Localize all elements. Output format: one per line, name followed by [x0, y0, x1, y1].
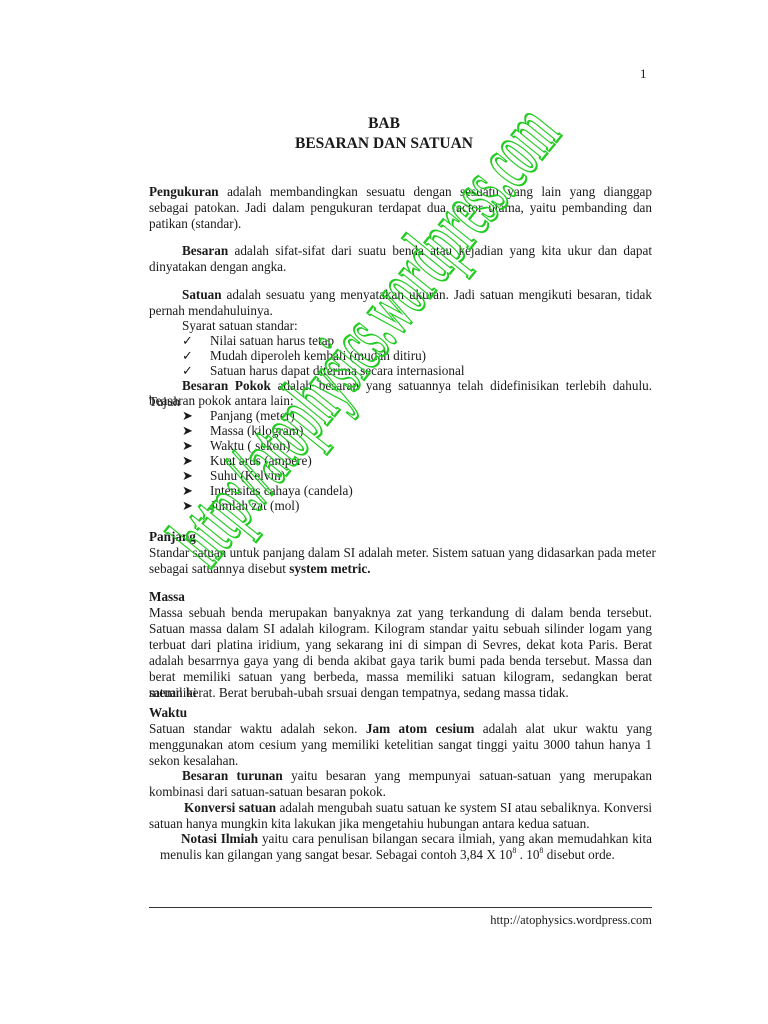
text: kombinasi dari satuan-satuan besaran pok… [149, 784, 386, 800]
list-item: ✓Nilai satuan harus tetap [182, 333, 334, 349]
text: terbuat dari platina iridium, yang sekar… [149, 637, 652, 653]
list-item: ➤Waktu ( sekon) [182, 438, 290, 454]
list-item-label: Jumlah zat (mol) [210, 498, 299, 513]
footer-divider [149, 907, 652, 908]
section-heading: Waktu [149, 705, 187, 721]
list-item-label: Massa (kilogram) [210, 423, 303, 438]
list-item: ➤Kuat arus (ampere) [182, 453, 312, 469]
list-item: ✓Satuan harus dapat diterima secara inte… [182, 363, 465, 379]
arrow-bullet-icon: ➤ [182, 453, 210, 469]
term-pengukuran: Pengukuran [149, 184, 219, 199]
arrow-bullet-icon: ➤ [182, 498, 210, 514]
check-icon: ✓ [182, 363, 210, 379]
check-icon: ✓ [182, 348, 210, 364]
page-number: 1 [640, 66, 647, 82]
list-item: ➤Panjang (meter) [182, 408, 295, 424]
text: patikan (standar). [149, 216, 241, 232]
list-item-label: Suhu (Kelvin) [210, 468, 285, 483]
text: pernah mendahuluinya. [149, 303, 273, 319]
text: Massa sebuah benda merupakan banyaknya z… [149, 605, 652, 621]
text: adalah besarrnya gaya yang di benda akib… [149, 653, 652, 669]
term-besaran: Besaran [182, 243, 228, 258]
footer-url: http://atophysics.wordpress.com [149, 913, 652, 928]
arrow-bullet-icon: ➤ [182, 438, 210, 454]
text: dinyatakan dengan angka. [149, 259, 286, 275]
term-system-metric: system metric. [289, 561, 370, 576]
term-satuan: Satuan [182, 287, 222, 302]
list-item: ➤Jumlah zat (mol) [182, 498, 299, 514]
watermark: http://atophysics.wordpress.com [0, 0, 768, 1024]
list-item: ✓Mudah diperoleh kembali (mudah ditiru) [182, 348, 426, 364]
text: sekon kesalahan. [149, 753, 238, 769]
section-heading: Panjang [149, 529, 196, 545]
text: Standar satuan untuk panjang dalam SI ad… [149, 545, 656, 561]
arrow-bullet-icon: ➤ [182, 423, 210, 439]
text: satuan hanya mungkin kita lakukan jika m… [149, 816, 590, 832]
term-jam-atom-cesium: Jam atom cesium [366, 721, 474, 736]
text: adalah sesuatu yang menyatakan ukuran. J… [222, 287, 652, 302]
text: satuan berat. Berat berubah-ubah srsuai … [149, 685, 569, 701]
term-konversi-satuan: Konversi satuan [184, 800, 276, 815]
text: adalah sifat-sifat dari suatu benda atau… [228, 243, 652, 258]
arrow-bullet-icon: ➤ [182, 483, 210, 499]
arrow-bullet-icon: ➤ [182, 468, 210, 484]
chapter-label: BAB [0, 115, 768, 133]
text: Satuan massa dalam SI adalah kilogram. K… [149, 621, 652, 637]
text: sebagai satuannya disebut [149, 561, 289, 576]
text: sebagai patokan. Jadi dalam pengukuran t… [149, 200, 652, 216]
text: beasaran pokok antara lain: [149, 393, 294, 409]
text: menggunakan atom cesium yang memiliki ke… [149, 737, 652, 753]
page-title: BESARAN DAN SATUAN [0, 135, 768, 153]
list-item-label: Panjang (meter) [210, 408, 295, 423]
list-item: ➤Intensitas cahaya (candela) [182, 483, 353, 499]
arrow-bullet-icon: ➤ [182, 408, 210, 424]
list-item-label: Waktu ( sekon) [210, 438, 290, 453]
text: menulis kan gilangan yang sangat besar. … [160, 847, 615, 863]
list-item: ➤Suhu (Kelvin) [182, 468, 285, 484]
term-besaran-turunan: Besaran turunan [182, 768, 283, 783]
list-item-label: Kuat arus (ampere) [210, 453, 312, 468]
syarat-label: Syarat satuan standar: [182, 318, 298, 334]
text: adalah membandingkan sesuatu dengan sesu… [219, 184, 652, 199]
list-item: ➤Massa (kilogram) [182, 423, 303, 439]
list-item-label: Intensitas cahaya (candela) [210, 483, 353, 498]
term-notasi-ilmiah: Notasi Ilmiah [181, 831, 258, 846]
check-icon: ✓ [182, 333, 210, 349]
section-heading: Massa [149, 589, 185, 605]
term-besaran-pokok: Besaran Pokok [182, 378, 271, 393]
